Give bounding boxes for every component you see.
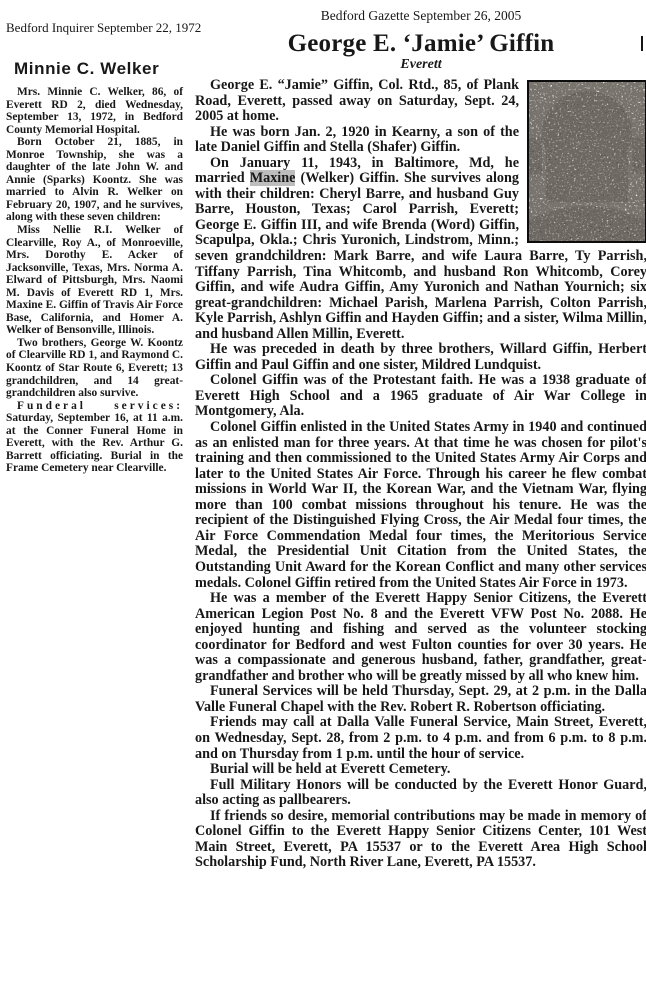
obituary-paragraph: Colonel Giffin was of the Protestant fai… [195,373,646,420]
left-obituary-title: Minnie C. Welker [14,59,183,79]
obituary-paragraph: Mrs. Minnie C. Welker, 86, of Everett RD… [6,86,183,136]
obituary-paragraph: He was preceded in death by three brothe… [195,342,646,373]
scan-artifact-line [641,36,643,51]
halftone-portrait-image [529,82,645,241]
left-obituary-body: Mrs. Minnie C. Welker, 86, of Everett RD… [6,86,183,475]
portrait-photo [527,80,646,243]
obituary-paragraph: Friends may call at Dalla Valle Funeral … [195,715,646,762]
obituary-paragraph: Burial will be held at Everett Cemetery. [195,762,646,778]
obituary-paragraph: Born October 21, 1885, in Monroe Townshi… [6,136,183,224]
right-source-line: Bedford Gazette September 26, 2005 [195,8,646,23]
funeral-services-text: Saturday, September 16, at 11 a.m. at th… [6,412,183,474]
obituary-paragraph: Full Military Honors will be conducted b… [195,778,646,809]
left-clipping: Bedford Inquirer September 22, 1972 Minn… [6,20,183,475]
funeral-services-paragraph: Funderal services: Saturday, September 1… [6,400,183,475]
right-clipping: Bedford Gazette September 26, 2005 Georg… [195,8,646,871]
right-obituary-body: George E. “Jamie” Giffin, Col. Rtd., 85,… [195,78,646,871]
obituary-paragraph: If friends so desire, memorial contribut… [195,809,646,871]
obituary-paragraph: Colonel Giffin enlisted in the United St… [195,420,646,591]
left-source-line: Bedford Inquirer September 22, 1972 [6,20,183,35]
right-obituary-title: George E. ‘Jamie’ Giffin [195,30,646,57]
funeral-services-lead: Funderal services: [17,400,183,412]
obituary-paragraph: Miss Nellie R.I. Welker of Clearville, R… [6,224,183,337]
highlighted-name-maxine: Maxine [250,170,296,186]
newspaper-scan-page: Bedford Inquirer September 22, 1972 Minn… [0,0,646,1000]
obituary-paragraph: Two brothers, George W. Koontz of Clearv… [6,337,183,400]
right-obituary-subtitle: Everett [195,57,646,73]
obituary-paragraph: He was a member of the Everett Happy Sen… [195,591,646,684]
obituary-paragraph: Funeral Services will be held Thursday, … [195,684,646,715]
